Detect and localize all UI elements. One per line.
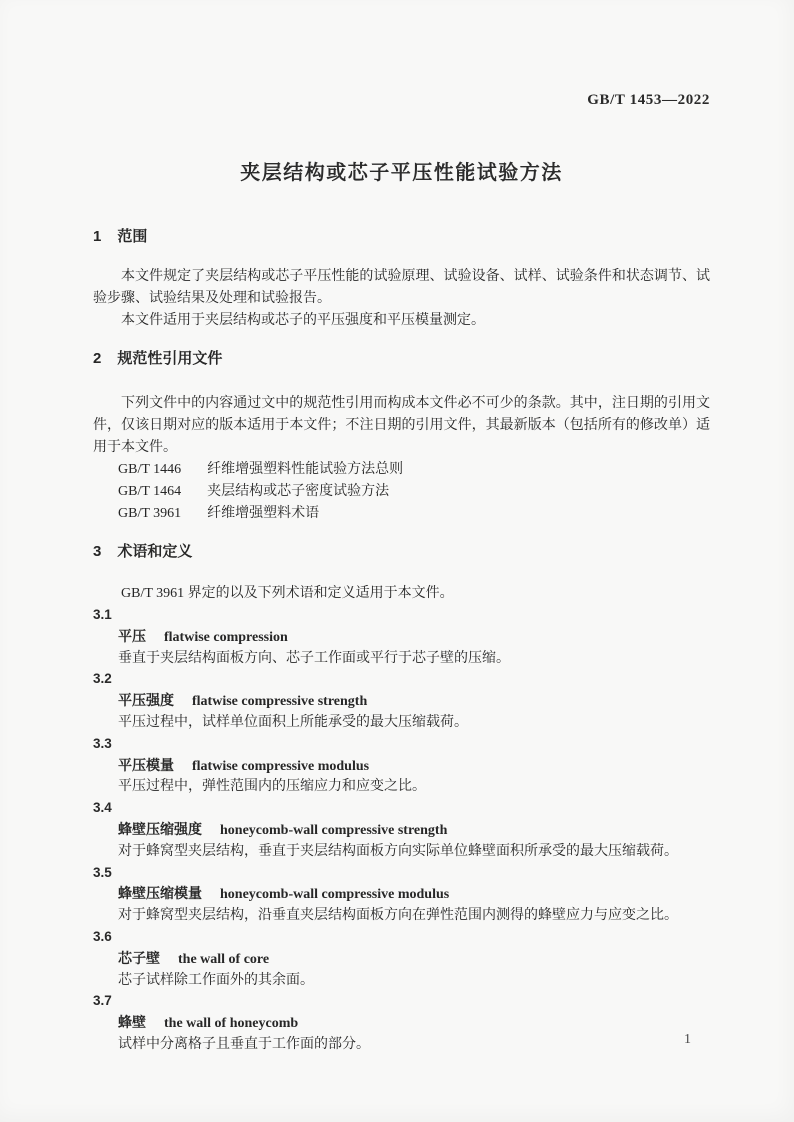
term-name-zh: 平压 bbox=[118, 628, 146, 644]
term-name: 芯子壁the wall of core bbox=[93, 948, 710, 971]
term-name-en: the wall of core bbox=[178, 952, 269, 967]
reference-title: 纤维增强塑料性能试验方法总则 bbox=[207, 462, 403, 477]
section-title: 范围 bbox=[117, 228, 147, 245]
term-name-zh: 蜂壁压缩模量 bbox=[118, 885, 202, 901]
term-definition: 垂直于夹层结构面板方向、芯子工作面或平行于芯子壁的压缩。 bbox=[93, 649, 710, 670]
section-title: 规范性引用文件 bbox=[117, 350, 222, 367]
paragraph: 下列文件中的内容通过文中的规范性引用而构成本文件必不可少的条款。其中，注日期的引… bbox=[93, 393, 710, 459]
term-number: 3.7 bbox=[93, 991, 710, 1012]
reference-list: GB/T 1446纤维增强塑料性能试验方法总则 GB/T 1464夹层结构或芯子… bbox=[93, 459, 710, 525]
term-name-zh: 芯子壁 bbox=[118, 950, 160, 966]
term-name-en: the wall of honeycomb bbox=[164, 1016, 298, 1031]
document-page: GB/T 1453—2022 夹层结构或芯子平压性能试验方法 1范围 本文件规定… bbox=[0, 0, 794, 1122]
term-definition: 平压过程中，弹性范围内的压缩应力和应变之比。 bbox=[93, 777, 710, 798]
reference-code: GB/T 1464 bbox=[118, 484, 181, 499]
term-name: 蜂壁压缩模量honeycomb-wall compressive modulus bbox=[93, 883, 710, 906]
term-definition: 芯子试样除工作面外的其余面。 bbox=[93, 971, 710, 992]
section-3-heading: 3术语和定义 bbox=[93, 541, 710, 563]
reference-item: GB/T 1464夹层结构或芯子密度试验方法 bbox=[118, 481, 710, 503]
term-name: 蜂壁the wall of honeycomb bbox=[93, 1012, 710, 1035]
term-name-en: flatwise compressive strength bbox=[192, 694, 367, 709]
term-name-en: honeycomb-wall compressive modulus bbox=[220, 887, 449, 902]
term-number: 3.3 bbox=[93, 734, 710, 755]
term-name: 平压模量flatwise compressive modulus bbox=[93, 755, 710, 778]
term-name-zh: 蜂壁压缩强度 bbox=[118, 821, 202, 837]
paragraph: GB/T 3961 界定的以及下列术语和定义适用于本文件。 bbox=[93, 583, 710, 605]
term-definition: 试样中分离格子且垂直于工作面的部分。 bbox=[93, 1035, 710, 1056]
paragraph: 本文件规定了夹层结构或芯子平压性能的试验原理、试验设备、试样、试验条件和状态调节… bbox=[93, 266, 710, 310]
paragraph: 本文件适用于夹层结构或芯子的平压强度和平压模量测定。 bbox=[93, 310, 710, 332]
term-name: 蜂壁压缩强度honeycomb-wall compressive strengt… bbox=[93, 819, 710, 842]
term-name-zh: 平压模量 bbox=[118, 757, 174, 773]
term-name-en: flatwise compression bbox=[164, 630, 288, 645]
term-number: 3.6 bbox=[93, 927, 710, 948]
term-name: 平压flatwise compression bbox=[93, 626, 710, 649]
term-name-en: honeycomb-wall compressive strength bbox=[220, 823, 447, 838]
reference-item: GB/T 3961纤维增强塑料术语 bbox=[118, 503, 710, 525]
reference-title: 纤维增强塑料术语 bbox=[207, 506, 319, 521]
term-number: 3.1 bbox=[93, 605, 710, 626]
term-definition: 平压过程中，试样单位面积上所能承受的最大压缩载荷。 bbox=[93, 713, 710, 734]
term-definition: 对于蜂窝型夹层结构，沿垂直夹层结构面板方向在弹性范围内测得的蜂壁应力与应变之比。 bbox=[93, 906, 710, 927]
section-1-heading: 1范围 bbox=[93, 226, 710, 248]
reference-title: 夹层结构或芯子密度试验方法 bbox=[207, 484, 389, 499]
term-number: 3.2 bbox=[93, 669, 710, 690]
section-title: 术语和定义 bbox=[117, 543, 192, 560]
term-name: 平压强度flatwise compressive strength bbox=[93, 690, 710, 713]
term-name-en: flatwise compressive modulus bbox=[192, 759, 369, 774]
reference-item: GB/T 1446纤维增强塑料性能试验方法总则 bbox=[118, 459, 710, 481]
reference-code: GB/T 1446 bbox=[118, 462, 181, 477]
document-title: 夹层结构或芯子平压性能试验方法 bbox=[93, 158, 710, 188]
section-2-heading: 2规范性引用文件 bbox=[93, 348, 710, 370]
term-definition: 对于蜂窝型夹层结构，垂直于夹层结构面板方向实际单位蜂壁面积所承受的最大压缩载荷。 bbox=[93, 842, 710, 863]
term-name-zh: 平压强度 bbox=[118, 692, 174, 708]
term-name-zh: 蜂壁 bbox=[118, 1014, 146, 1030]
page-number: 1 bbox=[684, 1030, 691, 1050]
section-number: 1 bbox=[93, 228, 101, 245]
term-number: 3.5 bbox=[93, 863, 710, 884]
section-number: 2 bbox=[93, 350, 101, 367]
standard-code: GB/T 1453—2022 bbox=[93, 0, 710, 111]
section-number: 3 bbox=[93, 543, 101, 560]
reference-code: GB/T 3961 bbox=[118, 506, 181, 521]
terms-list: 3.1 平压flatwise compression 垂直于夹层结构面板方向、芯… bbox=[93, 605, 710, 1056]
term-number: 3.4 bbox=[93, 798, 710, 819]
